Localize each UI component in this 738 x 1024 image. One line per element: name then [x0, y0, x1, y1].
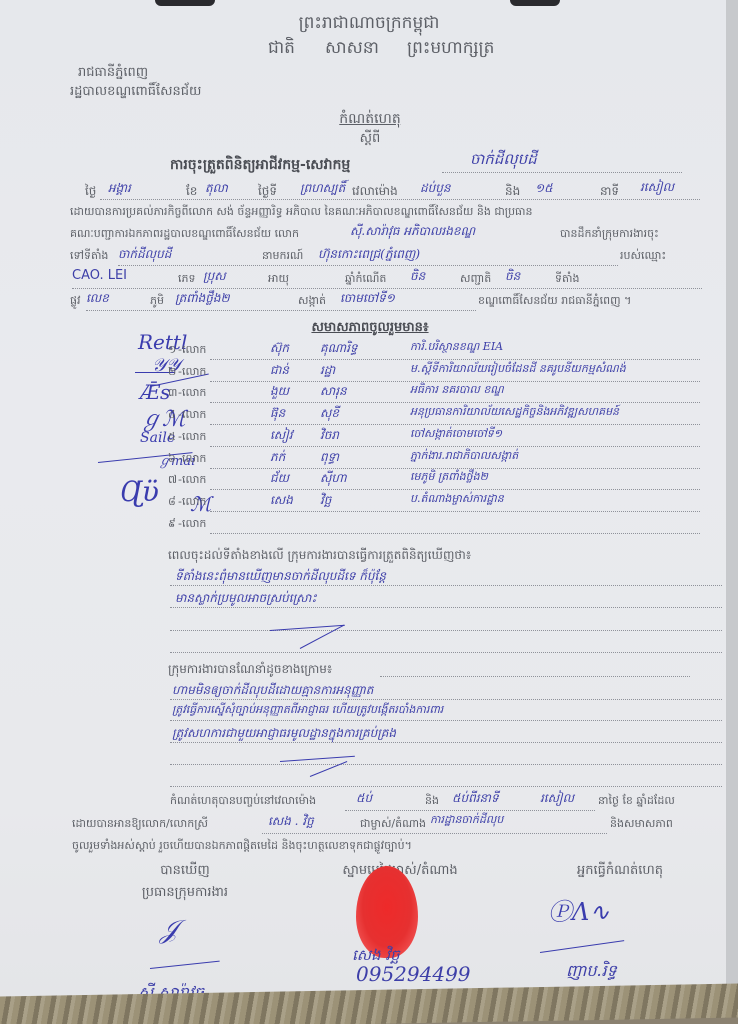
date-value: ព្រហស្បតិ៍	[300, 180, 345, 198]
participant-name: ពុទ្ធា	[320, 449, 339, 467]
participant-role: ចៅសង្កាត់ចោមចៅទី១	[410, 427, 502, 443]
line-dots-4	[118, 265, 618, 266]
district-admin-label: រដ្ឋបាលខណ្ឌពោធិ៍សែនជ័យ	[70, 83, 201, 102]
participant-name: គុណារិទ្ធ	[320, 340, 358, 358]
village-label: ភូមិ	[150, 294, 164, 310]
commune-label: សង្កាត់	[298, 294, 326, 310]
period-value: រសៀល	[640, 179, 674, 197]
participant-dots	[210, 533, 700, 534]
finding-dots-4	[170, 652, 722, 653]
street-value: លេខ	[86, 290, 109, 308]
opening-line-2: ដោយបានការប្រគល់ភារកិច្ចពីលោក សង់ ច័ន្ទអញ…	[70, 205, 533, 221]
village-value: ត្រពាំងថ្លឹង២	[175, 290, 230, 308]
business-name-label: នាមករណ៍	[262, 249, 303, 265]
closing-date-label: នាថ្ងៃ ខែ ឆ្នាំដដែល	[598, 794, 675, 810]
participant-role: ប.តំណាងម្ចាស់ការដ្ឋាន	[410, 492, 504, 508]
findings-heading: ពេលចុះដល់ទីតាំងខាងលើ ក្រុមការងារបានធ្វើក…	[168, 547, 471, 565]
participant-number: ៤	[168, 408, 176, 424]
opening-line-3-end: បានដឹកនាំក្រុមការងារចុះ	[560, 227, 659, 243]
date-prefix: ថ្ងៃ	[85, 183, 96, 201]
participant-name: សារុន	[320, 383, 347, 401]
participant-surname: ភក់	[270, 449, 285, 467]
participant-dots	[210, 468, 700, 469]
participant-role: អនុប្រធានការិយាល័យសេដ្ឋកិច្ចនិងអភិវឌ្ឍសហ…	[410, 405, 619, 421]
deputy-governor-name: ស៊ី.សារ៉ាវុធ អភិបាលរងខណ្ឌ	[350, 223, 475, 241]
motto-nation: ជាតិ	[268, 37, 295, 62]
citizenship-label: សញ្ជាតិ	[460, 272, 491, 288]
team-leader-title: ប្រធានក្រុមការងារ	[120, 884, 250, 903]
hour-value: ដប់បួន	[420, 180, 450, 198]
district-city: ខណ្ឌពោធិ៍សែនជ័យ រាជធានីភ្នំពេញ ។	[478, 294, 631, 310]
instruction-dots-1	[170, 699, 722, 700]
clipboard-clip-left	[155, 0, 215, 6]
finding-line-1: ទីតាំងនេះពុំមានឃើញមានចាក់ដីលុបដីទេ ក៏ប៉ុ…	[175, 568, 386, 586]
instruction-dots-4	[170, 764, 722, 765]
team-leader-signature: 𝒥	[160, 915, 178, 946]
participant-number: ១	[168, 343, 176, 359]
participant-prefix: -លោក	[178, 386, 206, 402]
commune-value: ចោមចៅទី១	[340, 290, 395, 308]
participant-name: ស៊ីហា	[320, 470, 347, 488]
owner-name-value: CAO. LEI	[72, 268, 127, 283]
participant-role: ម.ស្តីទីការិយាល័យរៀបចំដែនដី នគរូបនីយកម្ម…	[410, 362, 626, 378]
closing-dots-1	[345, 810, 595, 811]
instruction-dots-3	[170, 742, 722, 743]
participant-prefix: -លោក	[178, 408, 206, 424]
participant-number: ២	[168, 365, 176, 381]
participant-name: វិចរា	[320, 427, 339, 445]
thumbprint	[356, 866, 418, 958]
participant-name: វិច្ឆ	[320, 492, 331, 510]
owner-rep-value: ការដ្ឋានចាក់ដីលុប	[430, 813, 503, 829]
participant-prefix: -លោក	[178, 495, 206, 511]
recorder-label: អ្នកធ្វើកំណត់ហេតុ	[540, 862, 700, 881]
participant-surname: សេង	[270, 492, 293, 510]
document-page: ព្រះរាជាណាចក្រកម្ពុជា ជាតិ សាសនា ព្រះមហា…	[0, 0, 726, 1000]
participant-surname: ផ៊ុន	[270, 405, 285, 423]
participant-prefix: -លោក	[178, 473, 206, 489]
signature-member-7: Ɋϋ	[120, 475, 159, 508]
closing-hour-value: ៥ប់	[356, 790, 372, 808]
participant-surname: ជាន់	[270, 362, 289, 380]
participant-role: អធិការ នគរបាល ខណ្ឌ	[410, 383, 504, 399]
participant-dots	[210, 511, 700, 512]
participant-dots	[210, 402, 700, 403]
line-dots-5	[72, 288, 702, 289]
finding-dots-2	[170, 607, 722, 608]
closing-period-value: រសៀល	[540, 790, 574, 808]
participant-role: ការិ.បរិស្ថានខណ្ឌ EIA	[410, 340, 503, 356]
owner-phone: 095294499	[356, 962, 471, 986]
participant-dots	[210, 489, 700, 490]
participant-dots	[210, 359, 700, 360]
minute-value: ១៥	[535, 180, 553, 198]
participant-name: សុខី	[320, 405, 339, 423]
subject-printed: ការចុះត្រួតពិនិត្យអាជីវកម្ម-សេវាកម្ម	[170, 155, 350, 176]
owner-name-label: របស់ឈ្មោះ	[620, 249, 666, 265]
participant-prefix: -លោក	[178, 343, 206, 359]
closing-and-label: និង	[425, 794, 439, 810]
site-label: ទីតាំង	[555, 272, 579, 288]
instruction-line-2: ត្រូវធ្វើការស្នើសុំច្បាប់អនុញ្ញាតពីអាជ្ញ…	[172, 703, 443, 719]
participant-prefix: -លោក	[178, 365, 206, 381]
clipboard-clip-right	[510, 0, 560, 6]
finding-dots-3	[170, 630, 722, 631]
participant-role: មេភូមិ ត្រពាំងថ្លឹង២	[410, 470, 488, 486]
month-value: តុលា	[205, 180, 228, 198]
sex-value: ប្រុស	[203, 268, 226, 286]
instruction-dots-5	[170, 786, 722, 787]
instruction-dots-2	[170, 720, 722, 721]
location-value: ចាក់ដីលុបដី	[118, 246, 171, 264]
participant-dots	[210, 424, 700, 425]
participant-prefix: -លោក	[178, 517, 206, 533]
kingdom-heading: ព្រះរាជាណាចក្រកម្ពុជា	[0, 12, 726, 37]
ethnicity-value: ចិន	[410, 268, 425, 286]
signature-underline	[540, 940, 624, 953]
finding-line-2: មានស្លាក់ប្រមូលអាចស្រប់ស្រោះ	[175, 590, 317, 608]
read-to-label: ដោយបានអានឱ្យលោក/លោកស្រី	[72, 817, 208, 833]
citizenship-value: ចិន	[505, 268, 520, 286]
participant-number: ៥	[168, 430, 176, 446]
closing-minute-value: ៥ប់ពីរនាទី	[452, 790, 499, 808]
day-value: អង្គារ	[108, 180, 131, 198]
participant-number: ៩	[168, 517, 176, 533]
participant-dots	[210, 381, 700, 382]
age-label: អាយុ	[268, 272, 289, 288]
recorder-signature: ⓅɅ∿	[548, 892, 609, 927]
sex-label: ភេទ	[178, 272, 195, 288]
motto-king: ព្រះមហាក្សត្រ	[407, 37, 494, 62]
subject-dots	[442, 172, 682, 173]
participant-surname: ជ័យ	[270, 470, 289, 488]
participant-role: ភ្នាក់ងារ.រាជាភិបាលសង្កាត់	[410, 449, 518, 465]
street-label: ផ្លូវ	[70, 294, 80, 310]
instruction-line-1: ហាមមិនឲ្យចាក់ដីលុបដីដោយគ្មានការអនុញ្ញាត	[172, 682, 373, 700]
birth-label: ឆ្នាំកំណើត	[345, 272, 386, 288]
instruction-dots-0	[380, 676, 690, 677]
participant-number: ៨	[168, 495, 176, 511]
report-subtitle: ស្ដីពី	[330, 130, 410, 149]
participant-prefix: -លោក	[178, 452, 206, 468]
participant-number: ៧	[168, 473, 177, 489]
owner-rep-label: ជាម្ចាស់/តំណាង	[360, 817, 426, 833]
participant-dots	[210, 446, 700, 447]
signature-underline	[150, 961, 220, 969]
participant-surname: ងួយ	[270, 383, 289, 401]
paper-edge	[726, 0, 738, 1000]
instruction-line-3: ត្រូវសហការជាមួយអាជ្ញាធរមូលដ្ឋានក្នុងការគ…	[172, 725, 396, 743]
instructions-heading: ក្រុមការងារបានណែនាំដូចខាងក្រោម៖	[168, 661, 332, 679]
participant-name: រដ្ឋា	[320, 362, 335, 380]
participant-surname: សៀវ	[270, 427, 293, 445]
line-dots-6	[86, 310, 476, 311]
capital-label: រាជធានីភ្នំពេញ	[78, 64, 148, 83]
read-to-name: សេង . វិច្ឆ	[268, 813, 314, 831]
participant-number: ៣	[168, 386, 177, 402]
opening-line-3: គណៈបញ្ជាការឯកភាពរដ្ឋបាលខណ្ឌពោធិ៍សែនជ័យ ល…	[70, 227, 299, 243]
participants-heading: សមាសភាពចូលរួមមាន៖	[280, 319, 460, 338]
closing-time-label: កំណត់ហេតុបានបញ្ចប់នៅវេលាម៉ោង	[170, 794, 316, 810]
closing-dots-2	[262, 833, 607, 834]
line-dots-1	[100, 199, 700, 200]
participant-surname: ស៊ុក	[270, 340, 289, 358]
seen-label: បានឃើញ	[130, 862, 240, 881]
subject-handwritten: ចាក់ដីលុបដី	[470, 150, 537, 172]
report-title: កំណត់ហេតុ	[290, 109, 450, 130]
motto-religion: សាសនា	[325, 37, 379, 62]
finding-dots-1	[170, 585, 722, 586]
business-name-value: ហ៊ុនកោះពេជ្រ(ភ្នំពេញ)	[318, 246, 420, 264]
members-label: និងសមាសភាព	[610, 817, 673, 833]
recorder-name: ញាប.រិទ្ធ	[566, 960, 617, 984]
closing-statement: ចូលរួមទាំងអស់ស្តាប់ រួចហើយបានឯកភាពផ្តិតម…	[72, 839, 412, 855]
participant-number: ៦	[168, 452, 176, 468]
participant-prefix: -លោក	[178, 430, 206, 446]
location-label: ទៅទីតាំង	[70, 249, 108, 265]
